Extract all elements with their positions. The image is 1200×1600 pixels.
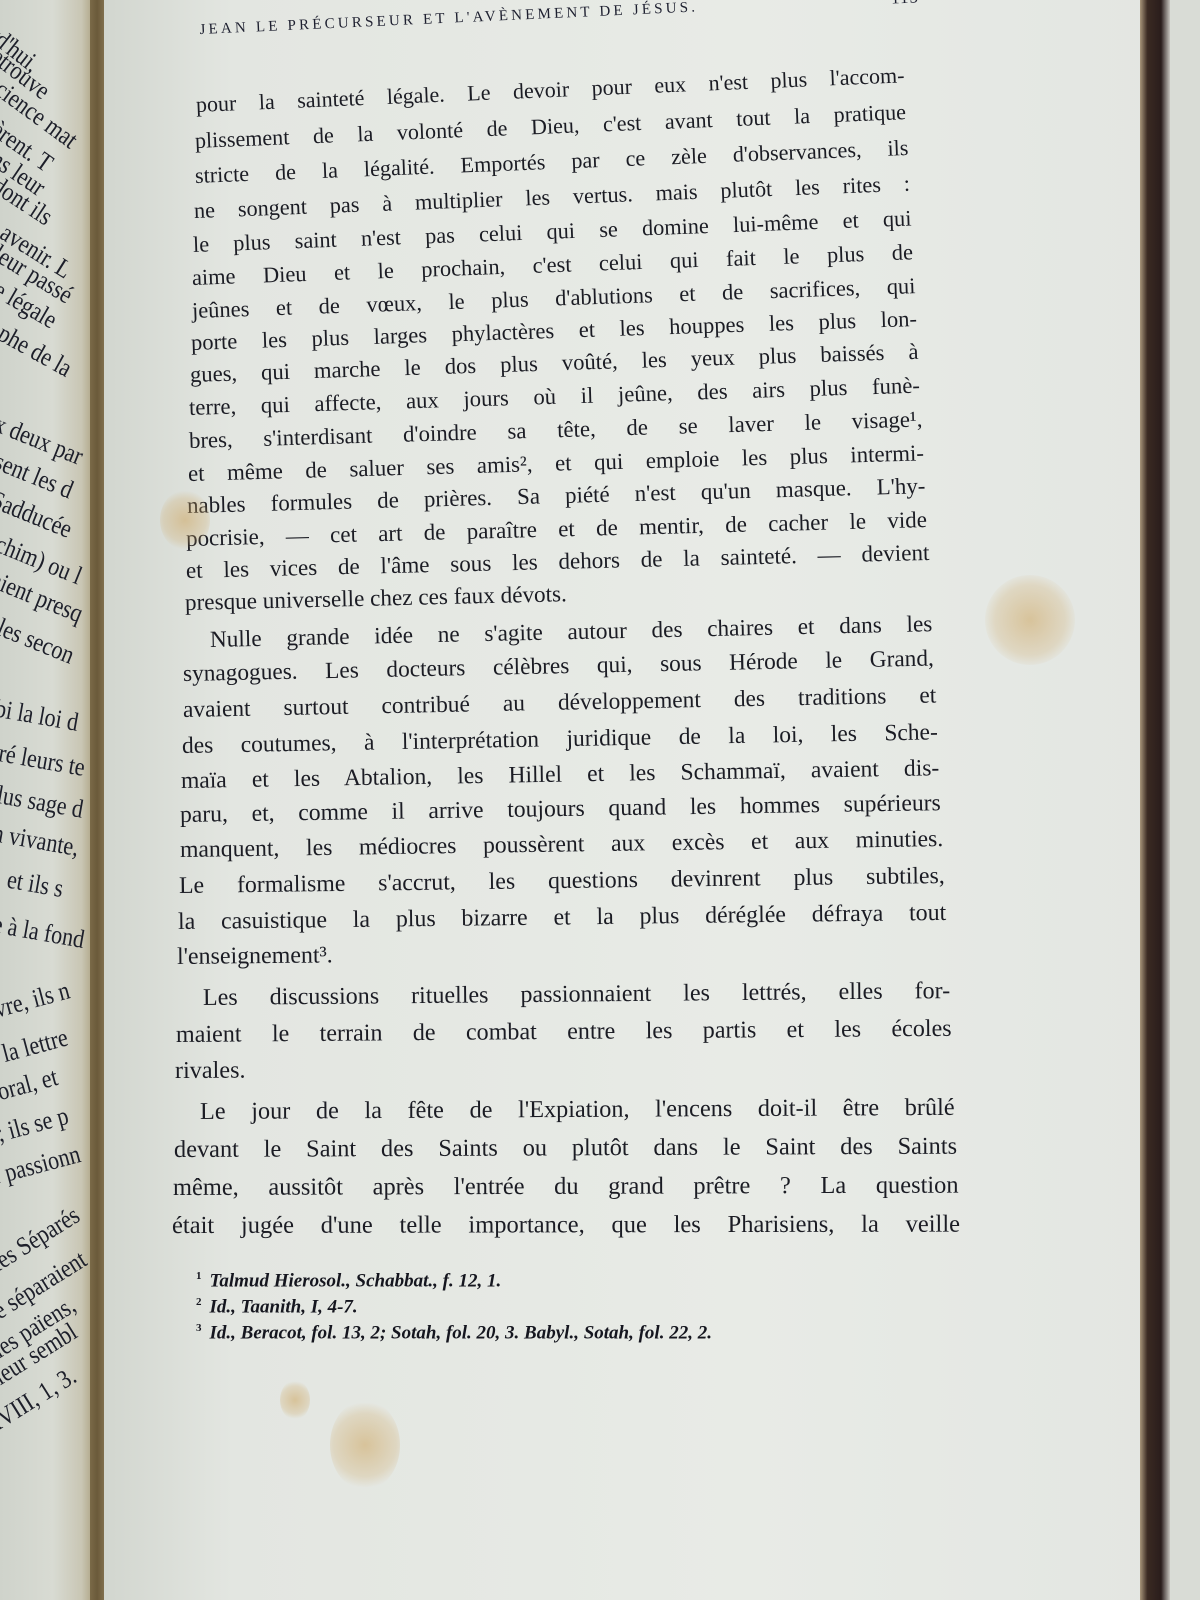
body-line: l'enseignement³. (177, 942, 333, 971)
left-page-line: subi la loi d (0, 690, 81, 738)
left-page: jourd'hui,e retrouvenscience matespèrent… (0, 0, 96, 1600)
left-page-line: se passionn (0, 1139, 84, 1194)
footnote-text: Talmud Hierosol., Schabbat., f. 12, 1. (210, 1270, 502, 1291)
body-line: rivales. (175, 1057, 246, 1085)
footnote: 3Id., Beracot, fol. 13, 2; Sotah, fol. 2… (196, 1322, 712, 1344)
body-line: devant le Saint des Saints ou plutôt dan… (173, 1133, 956, 1164)
stain (985, 575, 1075, 665)
stain (160, 490, 210, 550)
footnote-mark: 1 (196, 1270, 202, 1282)
footnote-text: Id., Taanith, I, 4-7. (210, 1296, 358, 1317)
page-number: 115 (891, 0, 920, 9)
footnote-mark: 2 (196, 1296, 202, 1308)
body-line: était jugée d'une telle importance, que … (172, 1211, 960, 1240)
left-page-line: utré leurs te (0, 735, 87, 783)
stain (330, 1400, 400, 1490)
left-page-line: aire à la fond (0, 905, 87, 955)
footnote-text: Id., Beracot, fol. 13, 2; Sotah, fol. 20… (210, 1322, 712, 1343)
footnote: 2Id., Taanith, I, 4-7. (196, 1296, 358, 1318)
page-edge (1140, 0, 1170, 1600)
body-line: même, aussitôt après l'entrée du grand p… (173, 1172, 959, 1202)
left-page-line: ts, et ils s (0, 860, 66, 904)
footnote-mark: 3 (196, 1322, 202, 1334)
footnote: 1Talmud Hierosol., Schabbat., f. 12, 1. (196, 1270, 501, 1292)
left-page-line: u plus sage d (0, 775, 86, 824)
left-page-line: Livre, ils n (0, 976, 73, 1030)
stain (280, 1380, 310, 1420)
body-line: Le jour de la fête de l'Expiation, l'enc… (200, 1094, 955, 1126)
